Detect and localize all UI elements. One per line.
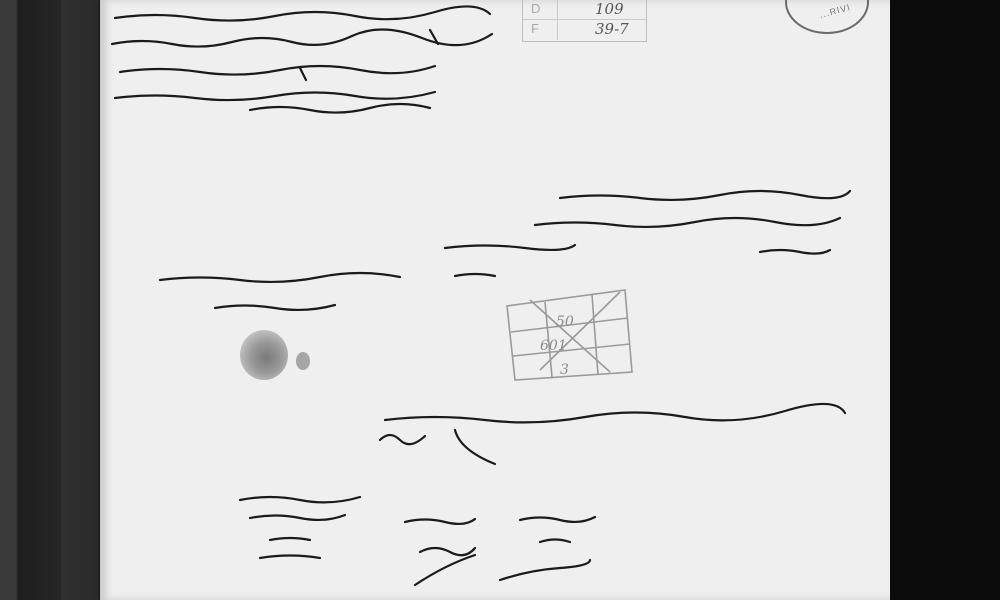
tally-mark: 3 xyxy=(560,362,569,378)
thumbprint-seal xyxy=(240,330,288,380)
top-paragraph xyxy=(112,6,492,112)
signature-block xyxy=(240,497,595,585)
ink-smudge xyxy=(296,352,310,370)
pencil-tally-box xyxy=(507,290,632,380)
tally-mark: 50 xyxy=(556,314,574,330)
tally-mark: 601 xyxy=(540,338,567,354)
lower-line xyxy=(380,404,845,464)
handwriting-layer: 50 601 3 xyxy=(0,0,1000,600)
middle-handwriting xyxy=(445,191,850,276)
left-note xyxy=(160,273,400,310)
